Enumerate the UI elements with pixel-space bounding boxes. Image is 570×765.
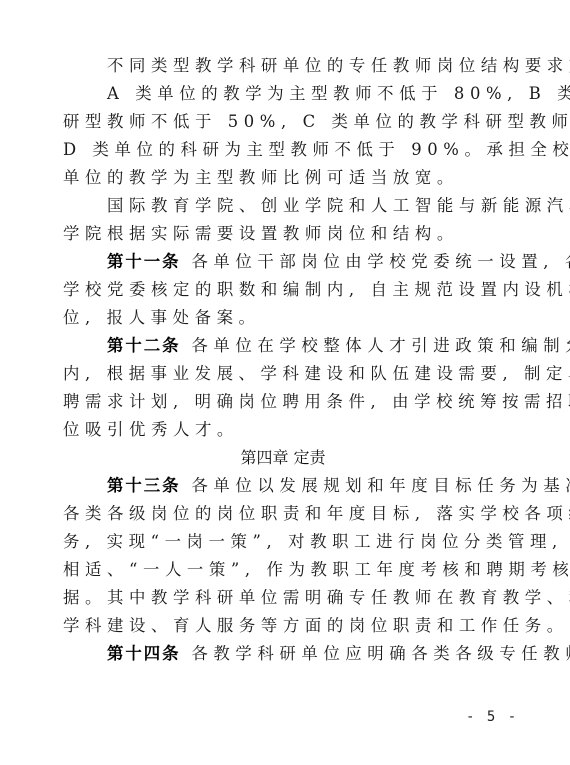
- document-page: 不同类型教学科研单位的专任教师岗位结构要求如下: A 类单位的教学为主型教师不低…: [63, 52, 503, 668]
- text-line: 研型教师不低于 50%, C 类单位的教学科研型教师不低于 70%,: [63, 108, 503, 136]
- text-line: A 类单位的教学为主型教师不低于 80%, B 类单位的教学科: [63, 80, 503, 108]
- paragraph-ratios: A 类单位的教学为主型教师不低于 80%, B 类单位的教学科 研型教师不低于 …: [63, 80, 503, 192]
- text-line: 务, 实现“一岗一策”, 对教职工进行岗位分类管理, 实现人岗: [63, 528, 503, 556]
- article-text: 各单位干部岗位由学校党委统一设置, 各单位在: [181, 252, 570, 271]
- text-line: 单位的教学为主型教师比例可适当放宽。: [63, 164, 503, 192]
- article-number: 第十一条: [107, 252, 181, 271]
- text-line: 各类各级岗位的岗位职责和年度目标, 落实学校各项综合改革任: [63, 500, 503, 528]
- article-number: 第十四条: [107, 644, 181, 663]
- text-line: 相适、“一人一策”, 作为教职工年度考核和聘期考核的主要依: [63, 556, 503, 584]
- text-line: 据。其中教学科研单位需明确专任教师在教育教学、科学研究、: [63, 584, 503, 612]
- chapter-heading: 第四章 定责: [63, 444, 503, 472]
- text-line: 第十一条 各单位干部岗位由学校党委统一设置, 各单位在: [63, 248, 503, 276]
- article-11: 第十一条 各单位干部岗位由学校党委统一设置, 各单位在 学校党委核定的职数和编制…: [63, 248, 503, 332]
- text-line: D 类单位的科研为主型教师不低于 90%。承担全校公共教学较多: [63, 136, 503, 164]
- text-line: 学校党委核定的职数和编制内, 自主规范设置内设机构及科级岗: [63, 276, 503, 304]
- article-12: 第十二条 各单位在学校整体人才引进政策和编制允许范围 内, 根据事业发展、学科建…: [63, 332, 503, 444]
- page-number: - 5 -: [466, 709, 518, 725]
- article-number: 第十三条: [107, 476, 181, 495]
- text-line: 位吸引优秀人才。: [63, 416, 503, 444]
- text-line: 国际教育学院、创业学院和人工智能与新能源汽车现代产业: [63, 192, 503, 220]
- text-line: 内, 根据事业发展、学科建设和队伍建设需要, 制定单位年度招: [63, 360, 503, 388]
- text-line: 第十四条 各教学科研单位应明确各类各级专任教师岗位承: [63, 640, 503, 668]
- text-line: 位, 报人事处备案。: [63, 304, 503, 332]
- text-line: 第十三条 各单位以发展规划和年度目标任务为基准, 明确: [63, 472, 503, 500]
- paragraph-intro: 不同类型教学科研单位的专任教师岗位结构要求如下:: [63, 52, 503, 80]
- article-text: 各单位以发展规划和年度目标任务为基准, 明确: [181, 476, 570, 495]
- text-line: 学院根据实际需要设置教师岗位和结构。: [63, 220, 503, 248]
- text-line: 聘需求计划, 明确岗位聘用条件, 由学校统筹按需招聘, 依托岗: [63, 388, 503, 416]
- article-14: 第十四条 各教学科研单位应明确各类各级专任教师岗位承: [63, 640, 503, 668]
- article-number: 第十二条: [107, 336, 181, 355]
- article-text: 各单位在学校整体人才引进政策和编制允许范围: [181, 336, 570, 355]
- text-line: 学科建设、育人服务等方面的岗位职责和工作任务。: [63, 612, 503, 640]
- paragraph-colleges: 国际教育学院、创业学院和人工智能与新能源汽车现代产业 学院根据实际需要设置教师岗…: [63, 192, 503, 248]
- article-13: 第十三条 各单位以发展规划和年度目标任务为基准, 明确 各类各级岗位的岗位职责和…: [63, 472, 503, 640]
- text-line: 第十二条 各单位在学校整体人才引进政策和编制允许范围: [63, 332, 503, 360]
- article-text: 各教学科研单位应明确各类各级专任教师岗位承: [181, 644, 570, 663]
